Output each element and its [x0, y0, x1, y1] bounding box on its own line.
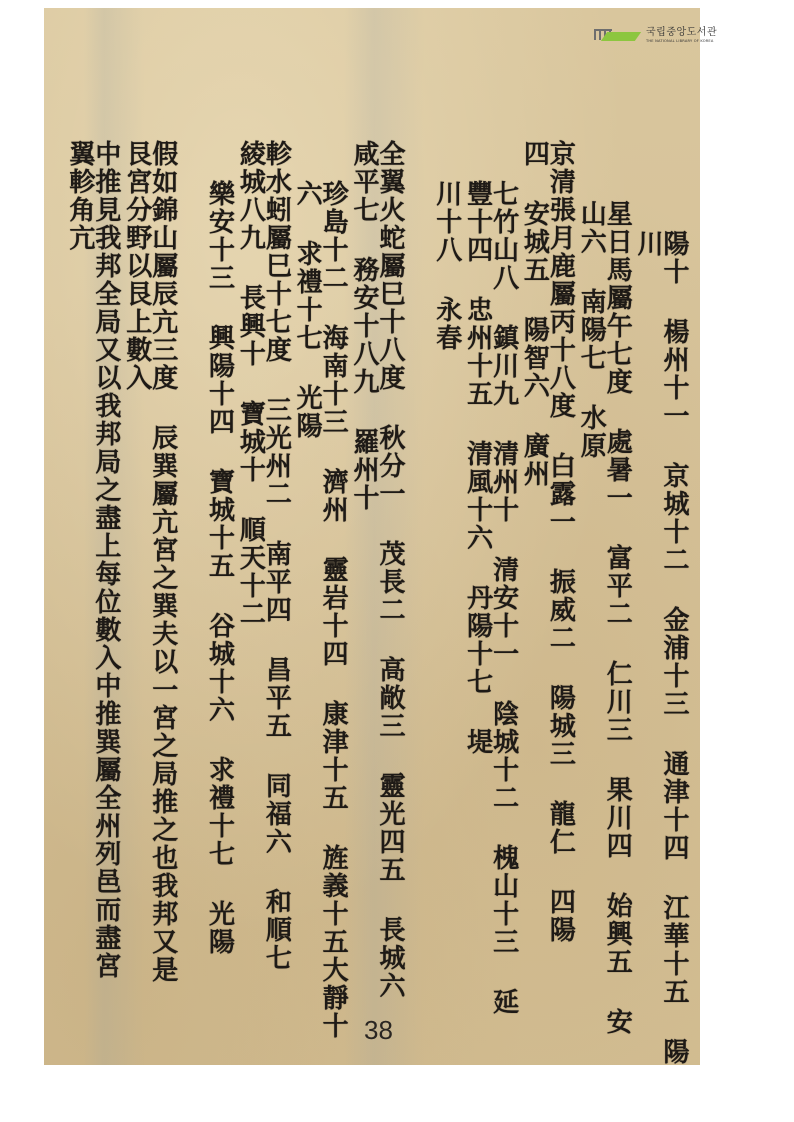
library-logo: 국립중앙도서관 THE NATIONAL LIBRARY OF KOREA	[592, 24, 732, 48]
text-column-1: 陽十 楊州十一 京城十二 金浦十三 通津十四 江華十五 陽川	[630, 140, 687, 1090]
text-column-11: 中推見我邦全局又以我邦局之盡上每位數入中推巽屬全州列邑而盡宮翼軫角亢	[62, 140, 119, 1000]
text-column-9: 樂安十三 興陽十四 寶城十五 谷城十六 求禮十七 光陽	[176, 140, 233, 1040]
library-logo-icon	[592, 28, 640, 44]
text-column-3: 京清張月鹿屬丙十八度 白露一 振威二 陽城三 龍仁 四陽 四 安城五 陽智六 廣…	[517, 140, 574, 1000]
logo-name-korean: 국립중앙도서관	[646, 28, 717, 38]
page-number: 38	[364, 1015, 393, 1046]
text-columns: 陽十 楊州十一 京城十二 金浦十三 通津十四 江華十五 陽川 星日馬屬午七度 處…	[62, 140, 687, 1010]
text-column-5: 川十八 永春	[403, 140, 460, 1040]
logo-name-english: THE NATIONAL LIBRARY OF KOREA	[646, 40, 717, 44]
text-column-7: 珍島十二 海南十三 濟州 靈岩十四 康津十五 旌義十五大靜十六 求禮十七 光陽	[289, 140, 346, 1040]
text-column-8: 軫水蚓屬巳十七度 三光州二 南平四 昌平五 同福六 和順七 綾城八九 長興十 寶…	[233, 140, 290, 1000]
text-column-6: 全翼火蛇屬巳十八度 秋分一 茂長二 高敞三 靈光四五 長城六 咸平七 務安十八九…	[346, 140, 403, 1000]
text-column-10: 假如錦山屬辰亢三度 辰巽屬亢宮之巽夫以一宮之局推之也我邦又是艮宮分野以艮上數入	[119, 140, 176, 1000]
text-column-2: 星日馬屬午七度 處暑一 富平二 仁川三 果川四 始興五 安山六 南陽七 水原	[573, 140, 630, 1060]
text-column-4: 七竹山八 鎮川九 清州十 清安十一 陰城十二 槐山十三 延豐十四 忠州十五 清風…	[460, 140, 517, 1040]
